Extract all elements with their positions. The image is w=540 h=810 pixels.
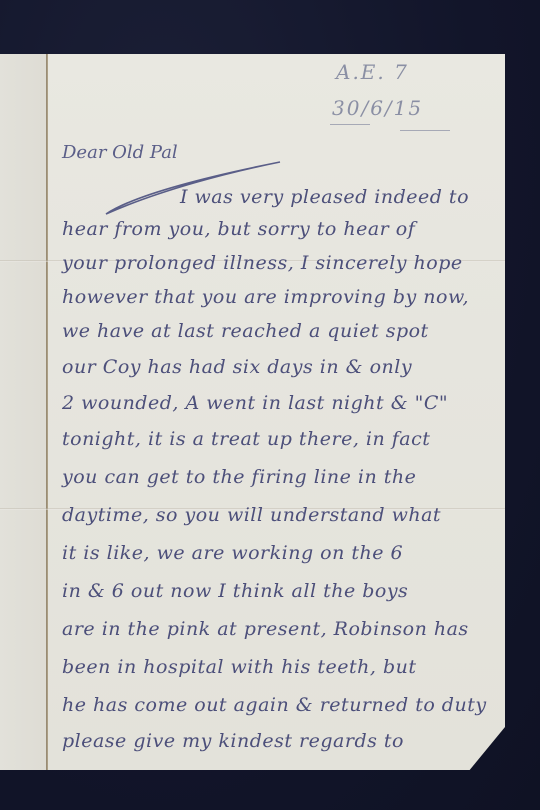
reference-code: A.E. 7: [336, 60, 409, 84]
letter-line: hear from you, but sorry to hear of: [62, 218, 502, 240]
vertical-fold-line: [46, 54, 48, 770]
letter-line: it is like, we are working on the 6: [62, 542, 502, 564]
letter-line: you can get to the firing line in the: [62, 466, 502, 488]
folded-left-panel: [0, 54, 46, 770]
letter-line: tonight, it is a treat up there, in fact: [62, 428, 502, 450]
date-underline: [400, 130, 450, 131]
date-underline: [330, 124, 370, 125]
letter-line: please give my kindest regards to: [62, 730, 502, 752]
letter-line: however that you are improving by now,: [62, 286, 502, 308]
letter-line: daytime, so you will understand what: [62, 504, 502, 526]
letter-line: he has come out again & returned to duty: [62, 694, 502, 716]
letter-line: I was very pleased indeed to: [180, 186, 500, 208]
letter-line: are in the pink at present, Robinson has: [62, 618, 502, 640]
letter-line: been in hospital with his teeth, but: [62, 656, 502, 678]
letter-line: our Coy has had six days in & only: [62, 356, 502, 378]
letter-line: your prolonged illness, I sincerely hope: [62, 252, 502, 274]
letter-line: in & 6 out now I think all the boys: [62, 580, 502, 602]
letter-line: 2 wounded, A went in last night & "C": [62, 392, 502, 414]
letter-date: 30/6/15: [332, 96, 423, 120]
letter-line: we have at last reached a quiet spot: [62, 320, 502, 342]
